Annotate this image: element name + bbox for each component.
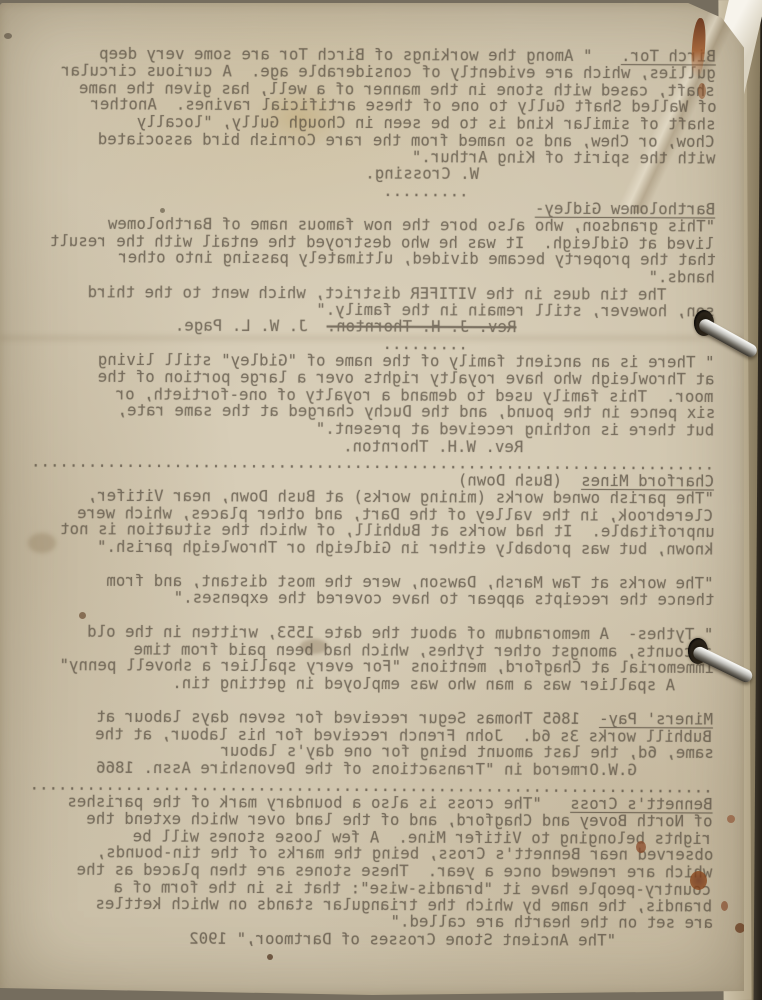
typed-line: that the property became divided, ultima… [14, 249, 716, 269]
rust-stain [698, 83, 706, 99]
body-text: known, but was probably either in Gidlei… [97, 538, 714, 559]
body-text: immemorial at Chagford, mentions "For ev… [59, 656, 714, 677]
typed-line: "The Ancient Stone Crosses of Dartmoor,"… [9, 930, 711, 950]
stain [267, 954, 273, 960]
body-text: A spallier was a man who was employed in… [172, 674, 713, 694]
body-text: Rev. W.H. Thornton. [343, 437, 713, 457]
typed-line: unprofitable. It had works at Bubhill, o… [13, 521, 715, 541]
body-text: ......... [383, 182, 715, 201]
body-text: J. W. L. Page. [175, 317, 327, 336]
body-text [516, 318, 715, 337]
body-text: thence the receipts appear to have cover… [174, 589, 715, 609]
typed-line: are set on the hearth are called." [11, 912, 713, 932]
body-text: that the property became divided, ultima… [118, 249, 716, 270]
scanned-page-photo: Birch Tor. " Among the workings of Birch… [0, 0, 762, 1000]
body-text: of Walled Shaft Gully to one of these ar… [90, 95, 716, 116]
stain [690, 871, 707, 890]
heading-text: Bartholomew Gidley- [535, 200, 715, 219]
typed-line: Chow, or Chew, and so named from the rar… [12, 131, 714, 151]
heading-text: Miners' Pay- [599, 710, 713, 728]
section-bennetts-cross: Bennett's Cross "The cross is also a bou… [10, 793, 713, 949]
stain [79, 612, 86, 619]
body-text: The tin dues in the VITIFER district, wh… [88, 283, 714, 304]
body-text: W. Crossing. [365, 165, 716, 185]
typed-line: country-people have it "brandis-wise": t… [9, 879, 711, 899]
section-birch-tor: Birch Tor. " Among the workings of Birch… [13, 45, 716, 184]
typed-line: same, 6d, the last amount being for one … [12, 742, 714, 762]
section-miners-pay: Miners' Pay- 1865 Thomas Segur received … [11, 691, 713, 779]
typed-line: of Walled Shaft Gully to one of these ar… [15, 96, 717, 116]
typed-line: Rev. J. H. Thornton. J. W. L. Page. [14, 317, 716, 337]
body-text: (Bush Down) [458, 471, 581, 490]
typed-line: thence the receipts appear to have cover… [12, 589, 714, 609]
typed-line [11, 556, 713, 576]
typed-line: W. Crossing. [14, 164, 716, 184]
paper-sheet: Birch Tor. " Among the workings of Birch… [0, 3, 744, 995]
typed-line: The tin dues in the VITIFER district, wh… [12, 284, 714, 304]
typed-line: ........................................… [12, 453, 714, 473]
mirror-layer: Birch Tor. " Among the workings of Birch… [0, 3, 744, 995]
stain [727, 815, 735, 823]
body-text: observed near Bennett's Cross, being the… [97, 844, 714, 865]
section-bartholomew-gidley: Bartholomew Gidley-"This grandson, who a… [13, 198, 716, 337]
body-text: country-people have it "brandis-wise": t… [113, 878, 711, 899]
section-tythes: " Tythes- A memorandum of about the date… [11, 606, 713, 694]
mirrored-typescript: Birch Tor. " Among the workings of Birch… [0, 1, 746, 949]
stain [721, 901, 728, 911]
typed-line: Rev. W.H. Thornton. [11, 437, 713, 457]
stain [636, 841, 646, 853]
body-text: "The Ancient Stone Crosses of Dartmoor,"… [189, 930, 711, 950]
struck-text: Rev. J. H. Thornton. [327, 318, 517, 337]
body-text: same, 6d, the last amount being for one … [220, 742, 713, 762]
heading-text: Charford Mines [581, 472, 714, 491]
section-charford-mines: Charford Mines (Bush Down)"The parish ow… [11, 470, 714, 609]
section-gidley-royalty: " There is an ancient family of the name… [12, 351, 714, 456]
typed-line: six pence in the pound, and the Duchy ch… [13, 402, 715, 422]
body-text: unprofitable. It had works at Bubhill, o… [60, 520, 715, 541]
body-text: Chow, or Chew, and so named from the rar… [98, 130, 715, 151]
heading-text: Bennett's Cross [570, 795, 712, 814]
body-text: are set on the hearth are called." [390, 913, 713, 932]
section-ruler-1: ........................................… [12, 453, 714, 473]
body-text: hands." [648, 268, 714, 286]
body-text: six pence in the pound, and the Duchy ch… [117, 402, 715, 423]
typed-line: immemorial at Chagford, mentions "For ev… [12, 657, 714, 677]
typed-line: observed near Bennett's Cross, being the… [11, 844, 713, 864]
stain [735, 923, 745, 933]
